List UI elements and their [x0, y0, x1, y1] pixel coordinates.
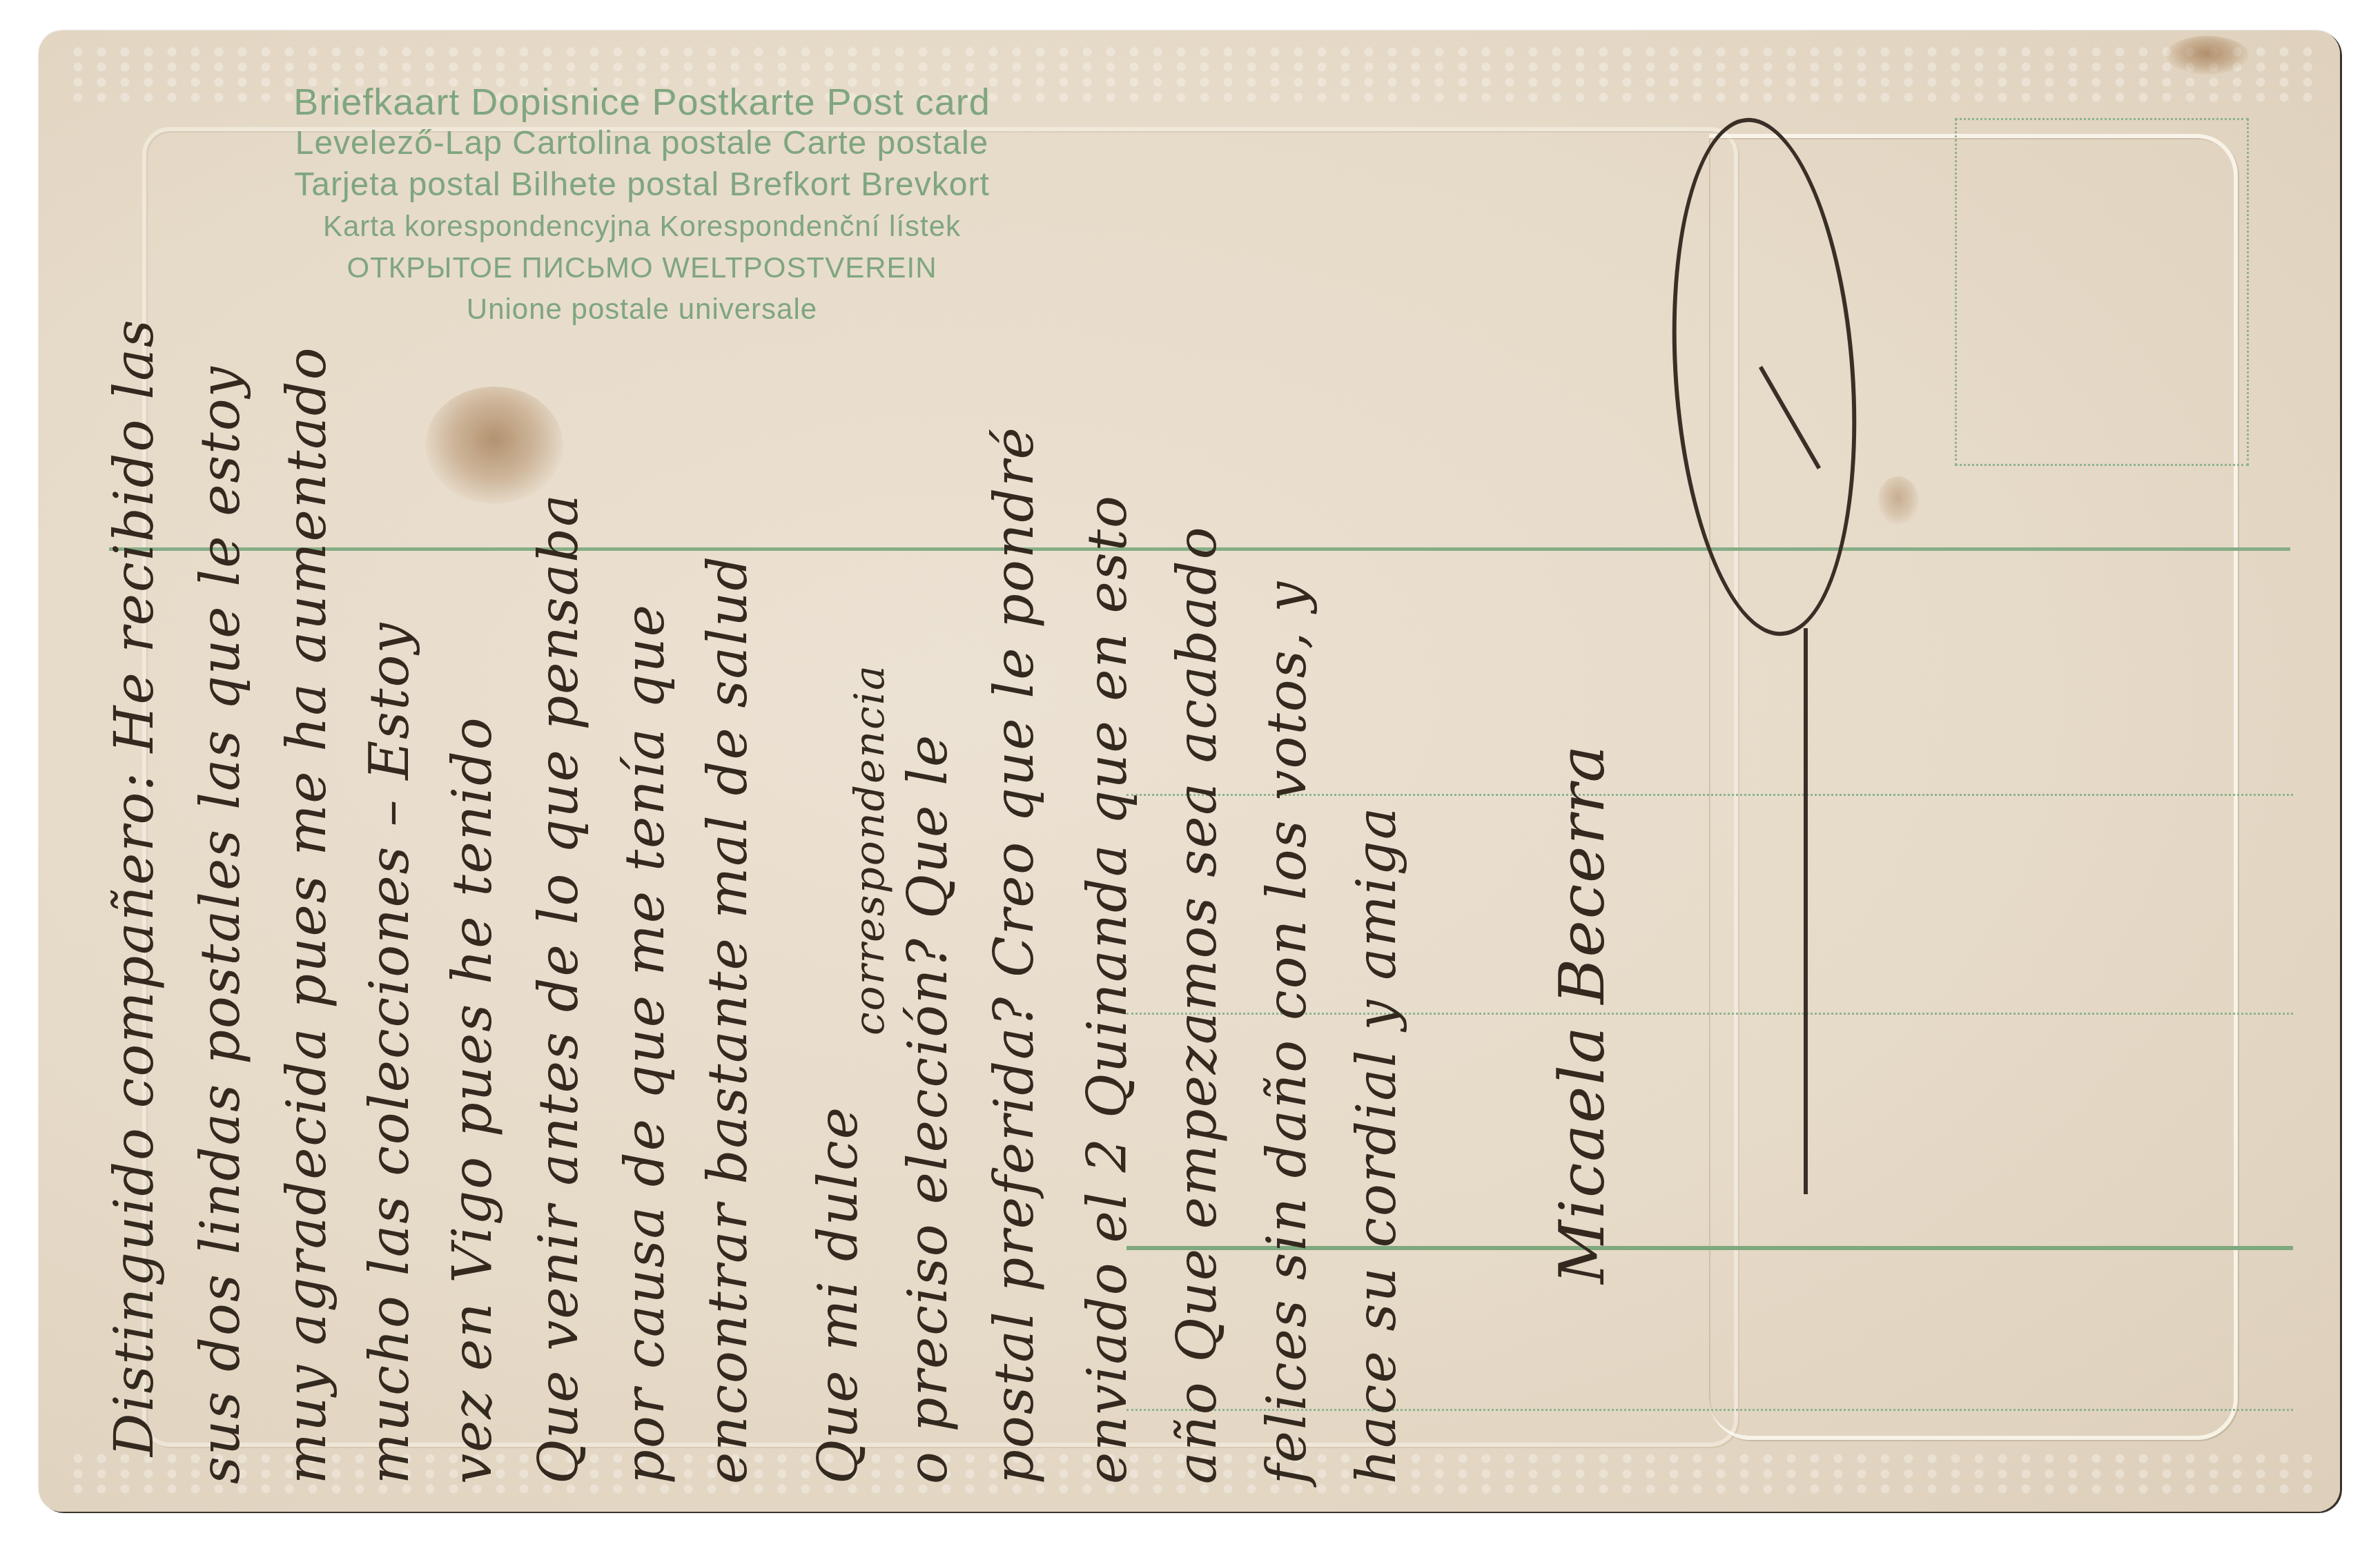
message-line: sus dos lindas postales las que le estoy: [190, 365, 252, 1484]
signature: Micaela Becerra: [1546, 744, 1619, 1284]
stain: [425, 387, 563, 504]
message-line: Que mi dulce: [808, 1106, 870, 1484]
header-line: ОТКРЫТОЕ ПИСЬМО WELTPOSTVEREIN: [97, 247, 1187, 289]
message-line: enviado el 2 Quinanda que en esto: [1077, 494, 1139, 1484]
header-line: Unione postale universale: [97, 289, 1187, 330]
postcard-header: Briefkaart Dopisnice Postkarte Post card…: [97, 81, 1187, 330]
message-line: Distinguido compañero: He recibido las: [104, 318, 166, 1457]
message-line: muy agradecida pues me ha aumentado: [276, 346, 338, 1484]
header-line: Levelező-Lap Cartolina postale Carte pos…: [97, 123, 1187, 164]
message-line: postal preferida? Creo que le pondré: [984, 426, 1046, 1484]
header-line: Karta korespondencyjna Korespondenční lí…: [97, 206, 1187, 247]
message-line: hace su cordial y amiga: [1346, 806, 1408, 1484]
message-line: año Que empezamos sea acabado: [1167, 525, 1229, 1484]
stamp-box: [1955, 118, 2249, 466]
message-line: por causa de que me tenía que: [614, 603, 676, 1484]
message-line: vez en Vigo pues he tenido: [442, 716, 504, 1484]
message-line: encontrar bastante mal de salud: [697, 555, 759, 1484]
message-line: mucho las colecciones – Estoy: [359, 621, 421, 1484]
stain: [1877, 476, 1919, 525]
message-line: o preciso elección? Que le: [897, 734, 959, 1484]
signature-flourish-line: [1804, 628, 1808, 1194]
header-line: Tarjeta postal Bilhete postal Brefkort B…: [97, 164, 1187, 206]
message-line: felices sin daño con los votos, y: [1256, 581, 1318, 1484]
message-line: correspondencia: [846, 664, 894, 1035]
stain: [2166, 36, 2249, 75]
header-line: Briefkaart Dopisnice Postkarte Post card: [97, 81, 1187, 123]
message-line: Que venir antes de lo que pensaba: [528, 493, 590, 1484]
